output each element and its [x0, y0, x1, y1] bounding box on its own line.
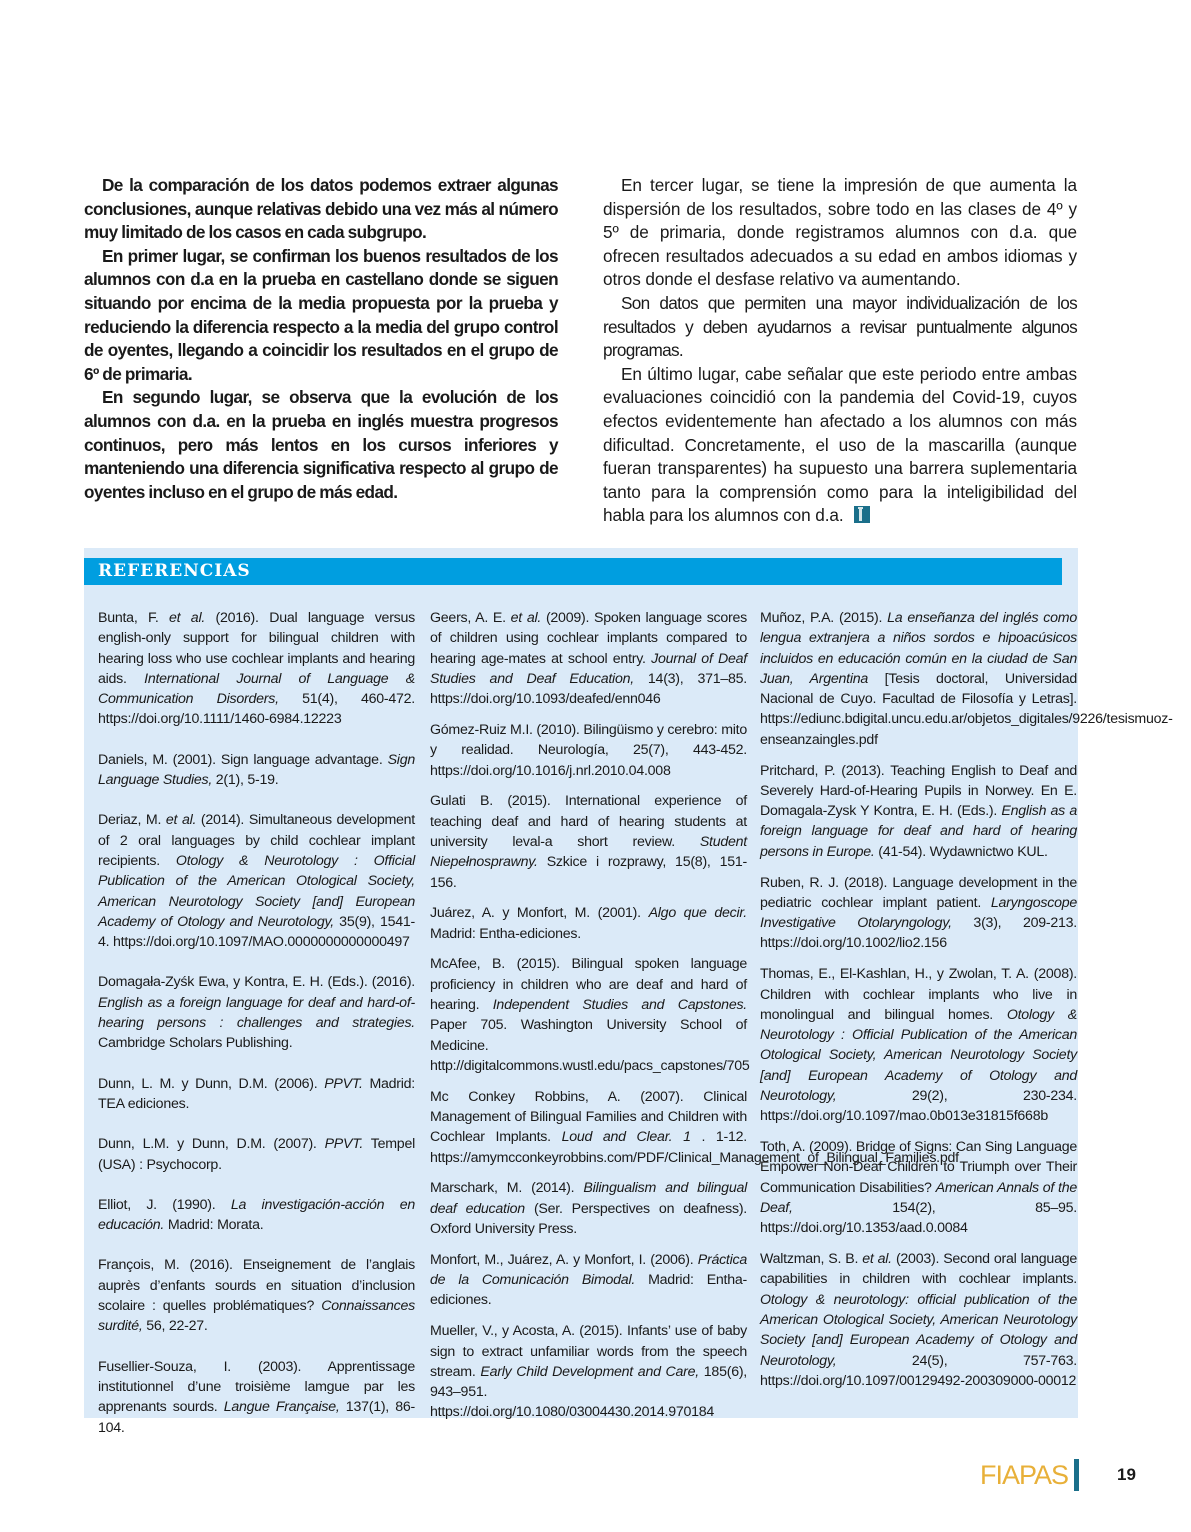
reference-entry: Muñoz, P.A. (2015). La enseñanza del ing… — [760, 608, 1077, 750]
footer-divider — [1074, 1459, 1079, 1491]
references-title: REFERENCIAS — [98, 561, 251, 581]
references-column-2: Geers, A. E. et al. (2009). Spoken langu… — [430, 608, 747, 1433]
references-column-1: Bunta, F. et al. (2016). Dual language v… — [98, 608, 415, 1458]
reference-entry: Pritchard, P. (2013). Teaching English t… — [760, 761, 1077, 862]
reference-title-italic: et al. — [166, 812, 196, 828]
reference-entry: Gulati B. (2015). International experien… — [430, 791, 747, 892]
paragraph: En segundo lugar, se observa que la evol… — [84, 386, 558, 504]
paragraph: En primer lugar, se confirman los buenos… — [84, 245, 558, 387]
reference-entry: Fusellier-Souza, I. (2003). Apprentissag… — [98, 1357, 415, 1438]
reference-title-italic: et al. — [862, 1251, 892, 1267]
reference-entry: Elliot, J. (1990). La investigación-acci… — [98, 1195, 415, 1236]
reference-entry: Monfort, M., Juárez, A. y Monfort, I. (2… — [430, 1250, 747, 1311]
reference-text: Monfort, M., Juárez, A. y Monfort, I. (2… — [430, 1252, 698, 1268]
paragraph: Son datos que permiten una mayor individ… — [603, 292, 1077, 363]
body-column-right: En tercer lugar, se tiene la impresión d… — [603, 174, 1077, 528]
reference-title-italic: et al. — [169, 610, 205, 626]
body-column-left: De la comparación de los datos podemos e… — [84, 174, 558, 504]
reference-title-italic: English as a foreign language for deaf a… — [98, 995, 415, 1031]
reference-entry: Dunn, L. M. y Dunn, D.M. (2006). PPVT. M… — [98, 1074, 415, 1115]
footer-brand-logo: FIAPAS — [980, 1460, 1068, 1491]
references-column-3: Muñoz, P.A. (2015). La enseñanza del ing… — [760, 608, 1077, 1402]
reference-text: Bunta, F. — [98, 610, 169, 626]
reference-text: Cambridge Scholars Publishing. — [98, 1035, 292, 1051]
paragraph: De la comparación de los datos podemos e… — [84, 174, 558, 245]
references-header: REFERENCIAS — [84, 558, 1062, 585]
reference-entry: Ruben, R. J. (2018). Language developmen… — [760, 873, 1077, 954]
reference-text: 56, 22-27. — [143, 1318, 208, 1334]
reference-text: Madrid: Morata. — [164, 1217, 263, 1233]
reference-entry: Geers, A. E. et al. (2009). Spoken langu… — [430, 608, 747, 709]
reference-title-italic: Langue Française, — [224, 1399, 340, 1415]
reference-title-italic: et al. — [511, 610, 541, 626]
reference-entry: Waltzman, S. B. et al. (2003). Second or… — [760, 1249, 1077, 1391]
reference-text: Deriaz, M. — [98, 812, 166, 828]
reference-text: Waltzman, S. B. — [760, 1251, 862, 1267]
reference-entry: Daniels, M. (2001). Sign language advant… — [98, 750, 415, 791]
reference-title-italic: Algo que decir. — [649, 905, 747, 921]
page-number: 19 — [1117, 1465, 1136, 1485]
reference-title-italic: PPVT. — [325, 1136, 363, 1152]
paragraph-text: En último lugar, cabe señalar que este p… — [603, 364, 1077, 526]
reference-text: Geers, A. E. — [430, 610, 511, 626]
reference-text: Dunn, L. M. y Dunn, D.M. (2006). — [98, 1076, 324, 1092]
reference-text: 2(1), 5-19. — [212, 772, 278, 788]
reference-entry: Thomas, E., El-Kashlan, H., y Zwolan, T.… — [760, 964, 1077, 1126]
reference-entry: McAfee, B. (2015). Bilingual spoken lang… — [430, 954, 747, 1076]
reference-title-italic: Loud and Clear. 1 — [562, 1129, 691, 1145]
reference-entry: François, M. (2016). Enseignement de l’a… — [98, 1255, 415, 1336]
fiapas-end-mark-icon — [854, 506, 870, 523]
reference-text: Marschark, M. (2014). — [430, 1180, 583, 1196]
reference-text: Elliot, J. (1990). — [98, 1197, 231, 1213]
reference-entry: Domagała-Zyśk Ewa, y Kontra, E. H. (Eds.… — [98, 972, 415, 1053]
reference-title-italic: PPVT. — [324, 1076, 362, 1092]
reference-text: Juárez, A. y Monfort, M. (2001). — [430, 905, 649, 921]
paragraph: En último lugar, cabe señalar que este p… — [603, 363, 1077, 528]
reference-entry: Mueller, V., y Acosta, A. (2015). Infant… — [430, 1321, 747, 1422]
reference-entry: Toth, A. (2009). Bridge of Signs: Can Si… — [760, 1137, 1077, 1238]
reference-entry: Marschark, M. (2014). Bilingualism and b… — [430, 1178, 747, 1239]
reference-title-italic: Independent Studies and Capstones. — [493, 997, 747, 1013]
reference-text: 154(2), 85–95. https://doi.org/10.1353/a… — [760, 1200, 1077, 1236]
reference-entry: Dunn, L.M. y Dunn, D.M. (2007). PPVT. Te… — [98, 1134, 415, 1175]
reference-text: Gómez-Ruiz M.I. (2010). Bilingüismo y ce… — [430, 722, 747, 779]
reference-entry: Juárez, A. y Monfort, M. (2001). Algo qu… — [430, 903, 747, 944]
reference-text: (41-54). Wydawnictwo KUL. — [875, 844, 1048, 860]
reference-entry: Mc Conkey Robbins, A. (2007). Clinical M… — [430, 1087, 747, 1168]
reference-entry: Deriaz, M. et al. (2014). Simultaneous d… — [98, 810, 415, 952]
paragraph: En tercer lugar, se tiene la impresión d… — [603, 174, 1077, 292]
reference-text: Daniels, M. (2001). Sign language advant… — [98, 752, 388, 768]
reference-text: Domagała-Zyśk Ewa, y Kontra, E. H. (Eds.… — [98, 974, 415, 990]
reference-text: Muñoz, P.A. (2015). — [760, 610, 887, 626]
reference-entry: Bunta, F. et al. (2016). Dual language v… — [98, 608, 415, 730]
reference-text: Madrid: Entha-ediciones. — [430, 926, 581, 942]
reference-text: Dunn, L.M. y Dunn, D.M. (2007). — [98, 1136, 325, 1152]
reference-text: Paper 705. Washington University School … — [430, 1017, 750, 1074]
reference-entry: Gómez-Ruiz M.I. (2010). Bilingüismo y ce… — [430, 720, 747, 781]
reference-title-italic: Early Child Development and Care, — [480, 1364, 699, 1380]
references-box: REFERENCIAS Bunta, F. et al. (2016). Dua… — [84, 548, 1078, 1418]
